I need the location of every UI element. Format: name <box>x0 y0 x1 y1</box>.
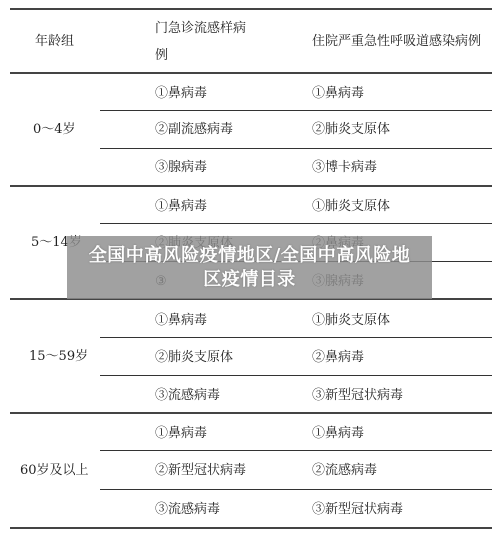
group-divider <box>10 412 492 414</box>
header-bottom-rule <box>10 72 492 74</box>
inpatient-cell: ①肺炎支原体 <box>312 313 390 329</box>
outpatient-cell: ②新型冠状病毒 <box>155 463 246 479</box>
row-divider <box>100 450 492 451</box>
inpatient-cell: ①鼻病毒 <box>312 426 364 442</box>
table-top-rule <box>10 8 492 10</box>
outpatient-cell: ①鼻病毒 <box>155 426 207 442</box>
inpatient-cell: ③博卡病毒 <box>312 160 377 176</box>
group-divider <box>10 185 492 187</box>
table-bottom-rule <box>10 527 492 529</box>
row-divider <box>100 223 492 224</box>
outpatient-cell: ①鼻病毒 <box>155 199 207 215</box>
outpatient-cell: ②副流感病毒 <box>155 122 233 138</box>
outpatient-cell: ③流感病毒 <box>155 502 220 518</box>
inpatient-cell: ②鼻病毒 <box>312 350 364 366</box>
inpatient-cell: ③新型冠状病毒 <box>312 388 403 404</box>
header-age-group: 年龄组 <box>35 29 74 55</box>
age-group-cell: 60岁及以上 <box>20 463 89 479</box>
header-outpatient-line2: 例 <box>155 43 168 69</box>
outpatient-cell: ②肺炎支原体 <box>155 350 233 366</box>
age-group-cell: 15～59岁 <box>29 349 88 365</box>
header-inpatient: 住院严重急性呼吸道感染病例 <box>312 29 481 55</box>
overlay-title: 全国中高风险疫情地区/全国中高风险地区疫情目录 <box>85 244 415 292</box>
row-divider <box>100 337 492 338</box>
outpatient-cell: ①鼻病毒 <box>155 313 207 329</box>
inpatient-cell: ②肺炎支原体 <box>312 122 390 138</box>
outpatient-cell: ①鼻病毒 <box>155 86 207 102</box>
row-divider <box>100 489 492 490</box>
inpatient-cell: ①肺炎支原体 <box>312 199 390 215</box>
inpatient-cell: ②流感病毒 <box>312 463 377 479</box>
row-divider <box>100 148 492 149</box>
row-divider <box>100 110 492 111</box>
inpatient-cell: ③新型冠状病毒 <box>312 502 403 518</box>
title-overlay-banner: 全国中高风险疫情地区/全国中高风险地区疫情目录 <box>67 236 432 299</box>
row-divider <box>100 375 492 376</box>
outpatient-cell: ③流感病毒 <box>155 388 220 404</box>
outpatient-cell: ③腺病毒 <box>155 160 207 176</box>
inpatient-cell: ①鼻病毒 <box>312 86 364 102</box>
header-outpatient-line1: 门急诊流感样病 <box>155 16 246 42</box>
age-group-cell: 0～4岁 <box>33 122 76 138</box>
